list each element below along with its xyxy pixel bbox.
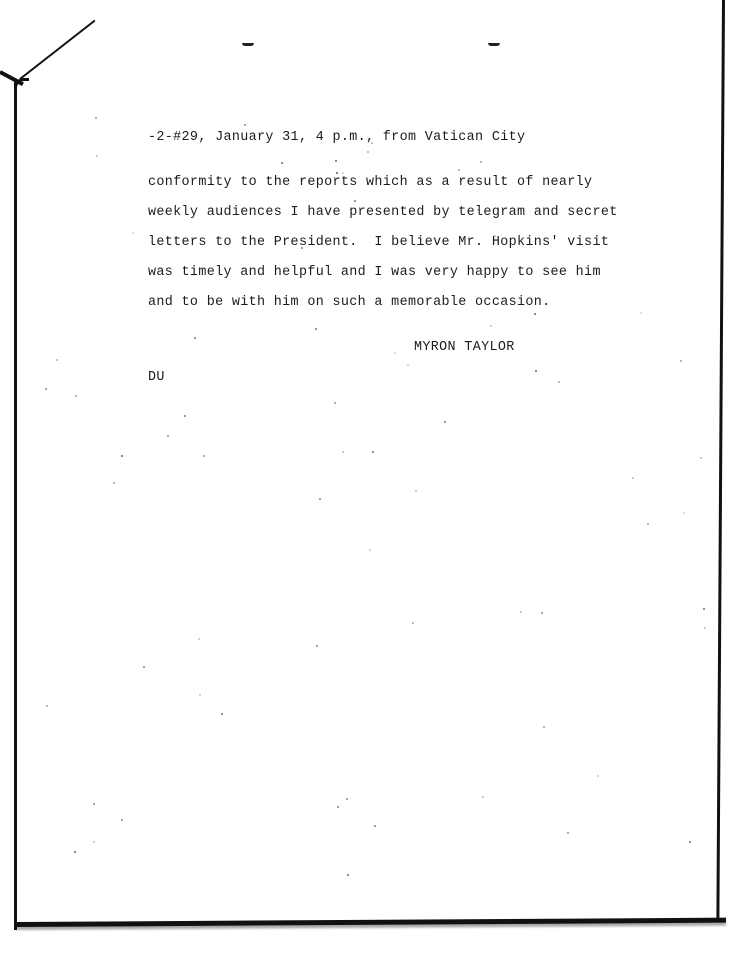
scan-speck <box>458 169 460 171</box>
scan-speck <box>337 806 339 808</box>
scan-speck <box>371 142 373 144</box>
scan-speck <box>704 627 706 629</box>
page-edge-right <box>716 0 725 920</box>
scan-speck <box>407 364 409 366</box>
scan-speck <box>315 328 317 330</box>
scan-speck <box>374 825 376 827</box>
scan-speck <box>281 162 283 164</box>
scan-speck <box>490 325 492 327</box>
scan-speck <box>335 160 337 162</box>
scan-speck <box>132 232 134 234</box>
scan-speck <box>121 819 123 821</box>
scan-speck <box>689 841 691 843</box>
body-line: letters to the President. I believe Mr. … <box>148 235 609 250</box>
scan-speck <box>334 402 336 404</box>
page-edge-left <box>14 82 17 930</box>
scan-speck <box>319 498 321 500</box>
scan-speck <box>143 666 145 668</box>
scan-speck <box>244 124 246 126</box>
scan-speck <box>342 172 344 174</box>
scan-speck <box>121 455 123 457</box>
scan-speck <box>45 388 47 390</box>
scan-speck <box>369 549 371 551</box>
punch-mark-left <box>242 43 254 46</box>
scan-speck <box>113 482 115 484</box>
scan-speck <box>367 151 369 153</box>
scan-speck <box>597 775 599 777</box>
scan-speck <box>683 512 685 514</box>
scan-speck <box>444 421 446 423</box>
page-fold-crease <box>19 20 95 80</box>
scan-speck <box>640 312 642 314</box>
scan-speck <box>372 451 374 453</box>
scan-speck <box>342 451 344 453</box>
scan-speck <box>95 117 97 119</box>
scan-speck <box>520 611 522 613</box>
scan-speck <box>46 705 48 707</box>
scan-speck <box>632 477 634 479</box>
scan-speck <box>167 435 169 437</box>
scan-speck <box>494 235 496 237</box>
scan-speck <box>93 803 95 805</box>
punch-mark-right <box>488 43 500 46</box>
scan-speck <box>482 796 484 798</box>
scan-speck <box>567 832 569 834</box>
scan-speck <box>700 457 702 459</box>
scan-speck <box>680 360 682 362</box>
scan-speck <box>184 415 186 417</box>
scan-speck <box>194 337 196 339</box>
scan-speck <box>301 247 303 249</box>
scan-speck <box>336 172 338 174</box>
scan-speck <box>75 395 77 397</box>
body-line: conformity to the reports which as a res… <box>148 175 592 190</box>
telegram-header: -2-#29, January 31, 4 p.m., from Vatican… <box>148 130 525 145</box>
scan-speck <box>199 694 201 696</box>
page-edge-bottom <box>16 918 726 927</box>
operator-initials: DU <box>148 370 165 385</box>
scan-speck <box>354 200 356 202</box>
signature: MYRON TAYLOR <box>414 340 515 355</box>
scan-speck <box>534 313 536 315</box>
scan-speck <box>480 161 482 163</box>
scan-speck <box>316 645 318 647</box>
scan-speck <box>347 874 349 876</box>
scan-speck <box>56 359 58 361</box>
scan-speck <box>543 726 545 728</box>
scan-speck <box>394 352 396 354</box>
scan-speck <box>541 612 543 614</box>
body-line: weekly audiences I have presented by tel… <box>148 205 618 220</box>
scan-speck <box>703 608 705 610</box>
scan-speck <box>74 851 76 853</box>
scan-speck <box>346 798 348 800</box>
body-line: and to be with him on such a memorable o… <box>148 295 551 310</box>
scan-speck <box>221 713 223 715</box>
scan-speck <box>535 370 537 372</box>
scan-speck <box>93 841 95 843</box>
scan-speck <box>647 523 649 525</box>
scan-speck <box>203 455 205 457</box>
scan-speck <box>96 155 98 157</box>
body-line: was timely and helpful and I was very ha… <box>148 265 601 280</box>
scan-speck <box>558 381 560 383</box>
scan-speck <box>415 490 417 492</box>
scan-speck <box>412 622 414 624</box>
scan-speck <box>198 638 200 640</box>
